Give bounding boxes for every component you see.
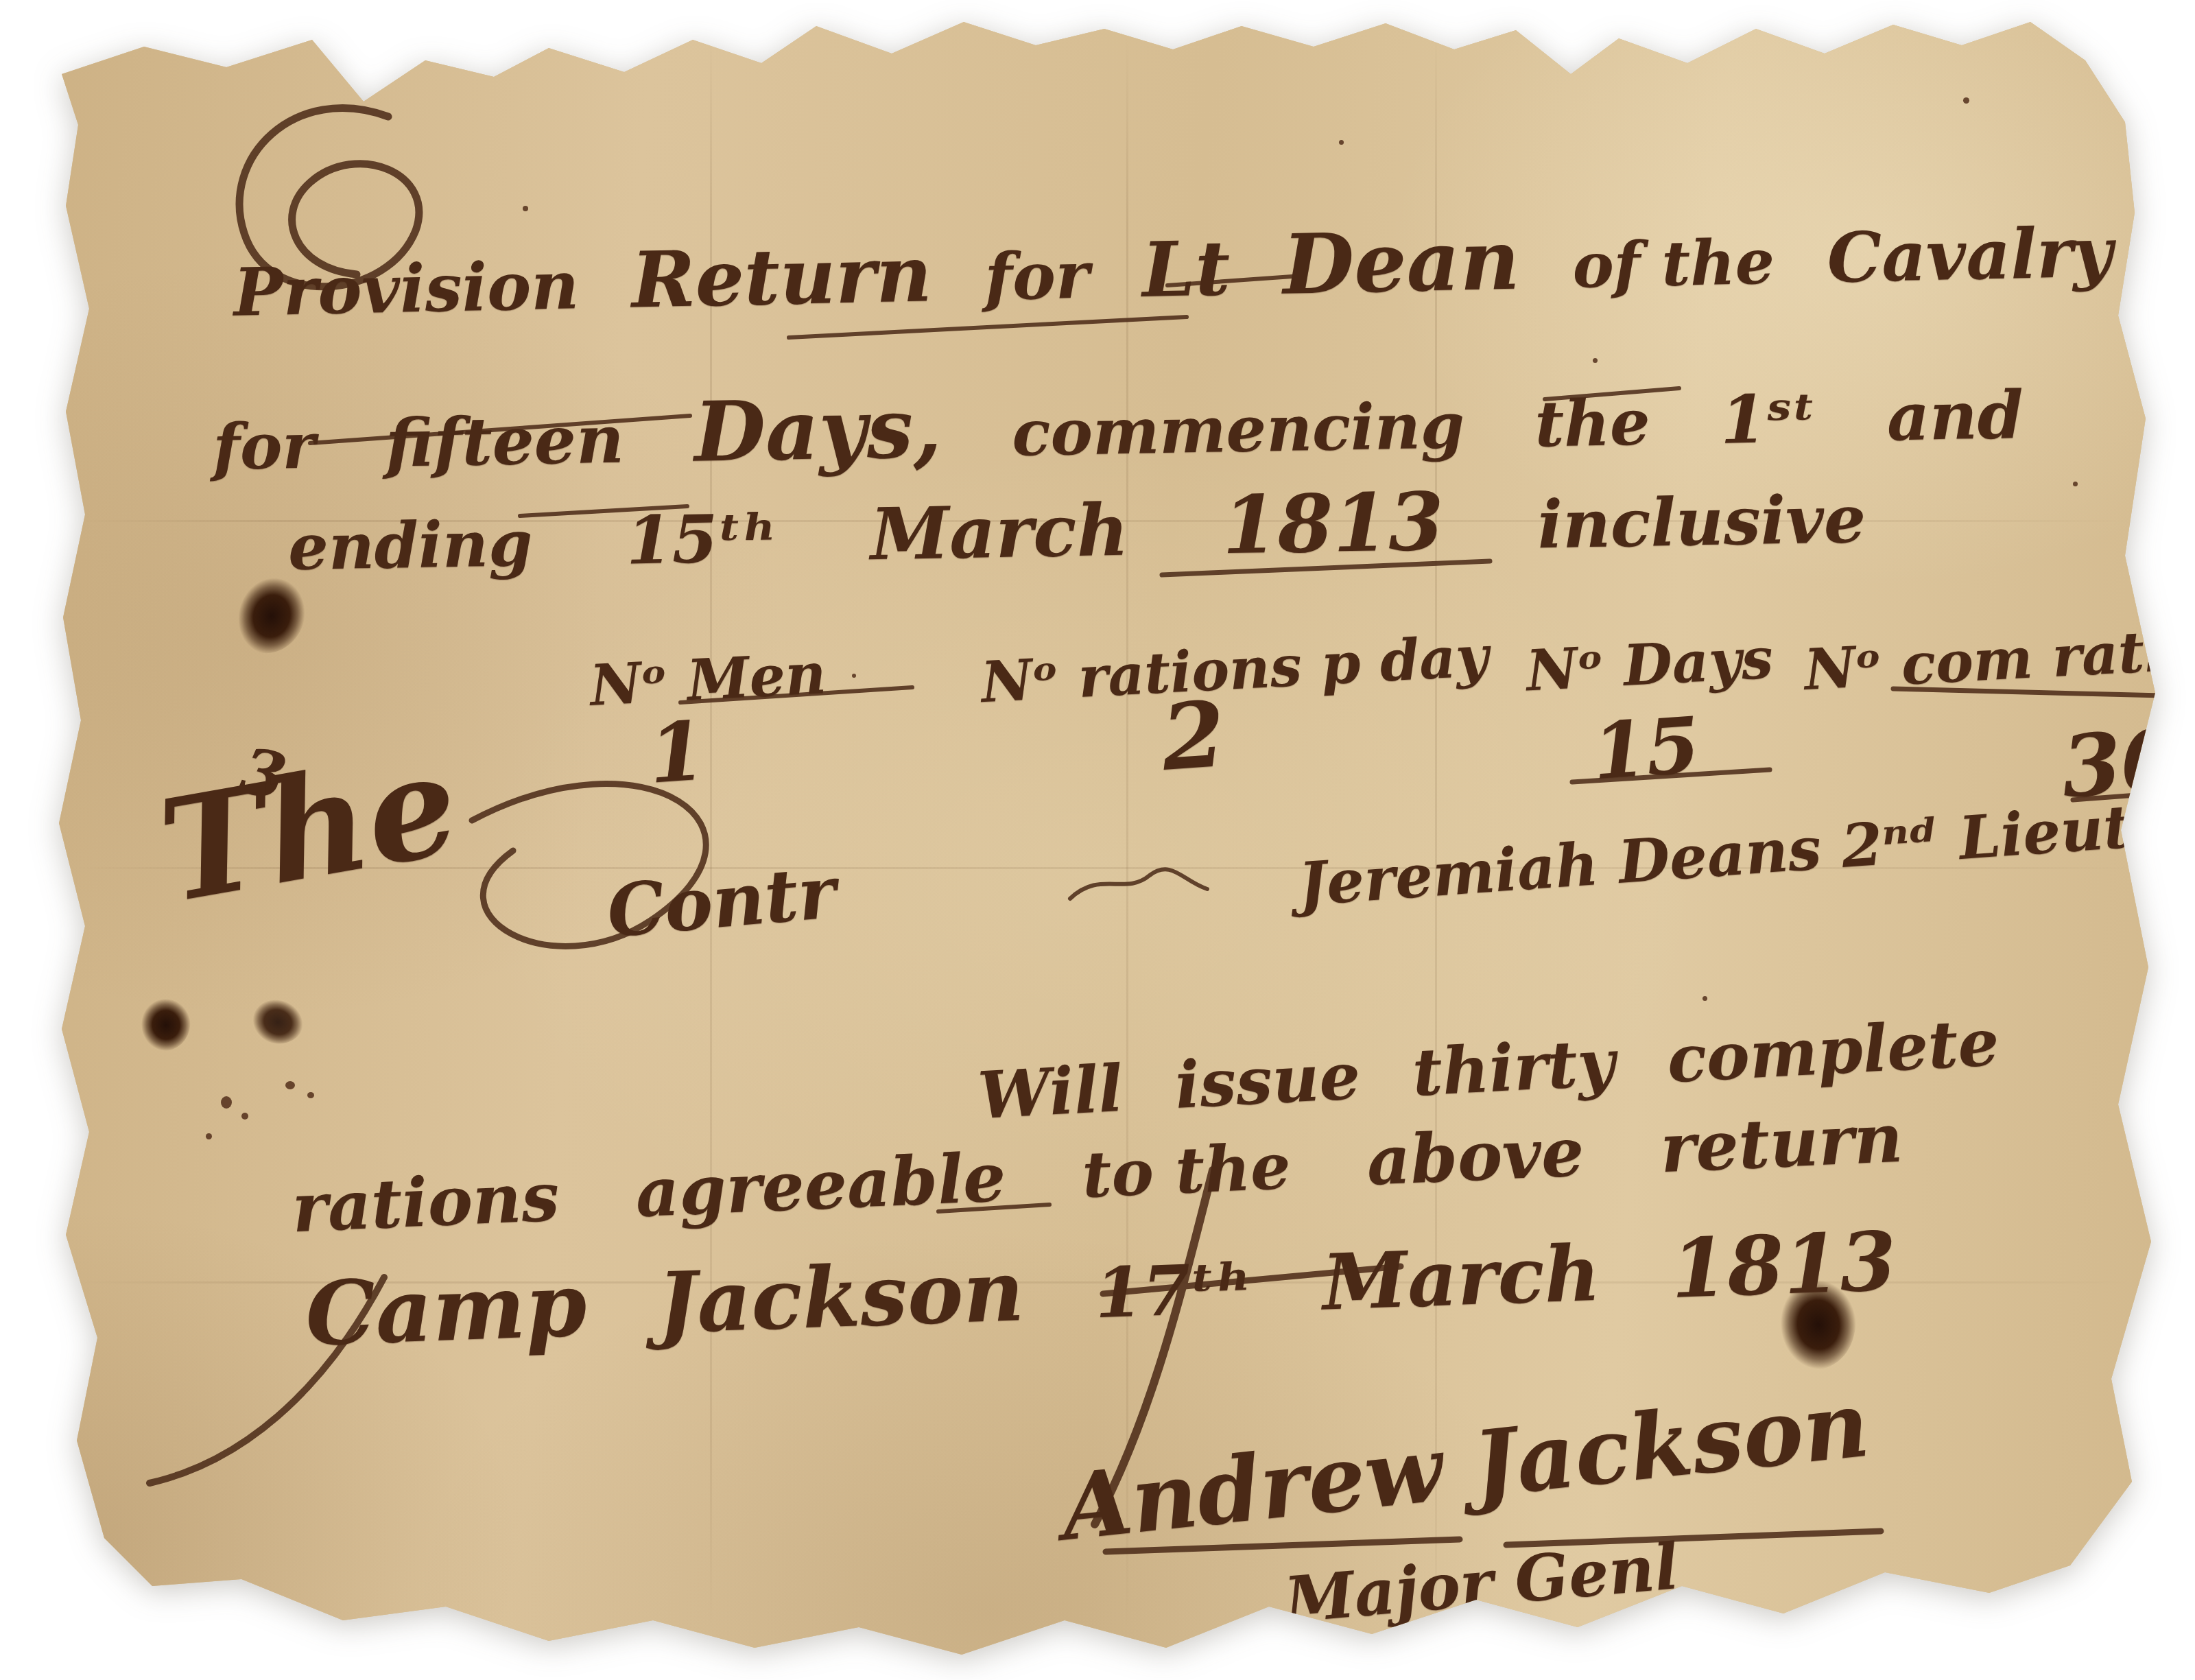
handwritten-word: issue xyxy=(1174,1044,1362,1118)
paper-shadow-wrap: Provision Return for Lt Dean of the Cava… xyxy=(0,0,2195,1680)
handwritten-word: Provision xyxy=(233,252,579,326)
handwritten-word: fifteen xyxy=(385,407,624,477)
table-value-rations-per-day: 2 xyxy=(1159,689,1229,784)
handwritten-word: return xyxy=(1659,1105,1904,1183)
handwritten-word: 1ˢᵗ xyxy=(1720,386,1817,453)
handwritten-word: the xyxy=(1534,390,1651,456)
ink-speck xyxy=(852,674,856,678)
ink-speck xyxy=(307,1092,314,1098)
handwritten-word: March xyxy=(1321,1235,1602,1322)
photo-background: { "colors": { "background": "#ffffff", "… xyxy=(0,0,2195,1680)
attestation-contr: Contr xyxy=(604,856,839,948)
handwritten-word: ending xyxy=(288,512,533,579)
table-header-no-com-rations: Nᵒ com rations xyxy=(1803,617,2195,698)
andrew-jackson-signature: Andrew Jackson xyxy=(1057,1380,1873,1554)
handwritten-word: Camp xyxy=(304,1261,588,1358)
ink-speck xyxy=(1593,358,1598,363)
handwritten-word: for xyxy=(984,244,1091,310)
ink-speck xyxy=(221,1096,232,1109)
handwritten-word: 15ᵗʰ xyxy=(626,506,777,574)
handwritten-word: commencing xyxy=(1012,394,1465,464)
ink-speck xyxy=(1702,996,1707,1001)
handwritten-word: Will xyxy=(977,1056,1125,1128)
document-paper: Provision Return for Lt Dean of the Cava… xyxy=(0,0,2195,1680)
handwritten-word: and xyxy=(1886,382,2024,450)
table-value-days: 15 xyxy=(1590,707,1702,792)
handwritten-word: 17ᵗʰ xyxy=(1094,1253,1253,1327)
officer-signature-jeremiah-deans: Jeremiah Deans 2ⁿᵈ Lieut xyxy=(1296,798,2132,915)
table-header-no-days: Nᵒ Days xyxy=(1525,630,1775,700)
handwritten-word: Return xyxy=(630,236,932,319)
ink-blot xyxy=(138,995,194,1054)
ink-speck xyxy=(523,206,528,211)
ink-speck xyxy=(2073,482,2078,486)
handwritten-word: rations xyxy=(291,1163,560,1242)
attestation-the: The xyxy=(151,733,467,923)
handwritten-word: Lt xyxy=(1141,230,1231,308)
handwritten-word: of the xyxy=(1572,231,1775,297)
ink-blot xyxy=(246,992,310,1052)
ink-speck xyxy=(285,1081,295,1089)
ink-speck xyxy=(1339,140,1344,145)
title-line-1: Provision Return for Lt Dean of the Cava… xyxy=(233,206,2113,328)
handwritten-word: complete xyxy=(1665,1010,2000,1092)
handwritten-word: Dean xyxy=(1282,219,1521,306)
signature-rank-major-genl: Major Genl xyxy=(1282,1535,1681,1632)
handwritten-word: above xyxy=(1366,1119,1586,1196)
table-value-men: 1 xyxy=(646,710,708,794)
handwritten-word: to the xyxy=(1081,1135,1292,1207)
handwritten-word: inclusive xyxy=(1537,486,1866,558)
handwritten-word: Jackson xyxy=(656,1249,1025,1345)
squiggle-after-contr xyxy=(1070,869,1207,899)
handwritten-word: 1813 xyxy=(1670,1221,1897,1310)
ink-speck xyxy=(1963,97,1969,104)
handwritten-word: Days, xyxy=(693,387,942,473)
handwritten-word: agreeable xyxy=(634,1144,1008,1227)
handwritten-word: March xyxy=(870,495,1129,571)
ink-speck xyxy=(241,1113,248,1120)
title-line-2: for fifteen Days, commencing the 1ˢᵗ and xyxy=(212,368,2024,482)
table-header-no-rations-p-day: Nᵒ rations p day xyxy=(980,628,1489,711)
handwritten-word: for xyxy=(213,414,316,479)
handwritten-word: 1813 xyxy=(1222,482,1445,566)
title-line-3: ending 15ᵗʰ March 1813 inclusive xyxy=(287,475,1866,582)
handwritten-word: thirty xyxy=(1411,1030,1617,1105)
handwritten-word: Cavalry xyxy=(1827,217,2113,292)
table-header-no-men: Nᵒ Men xyxy=(589,646,827,714)
ink-speck xyxy=(206,1133,212,1139)
